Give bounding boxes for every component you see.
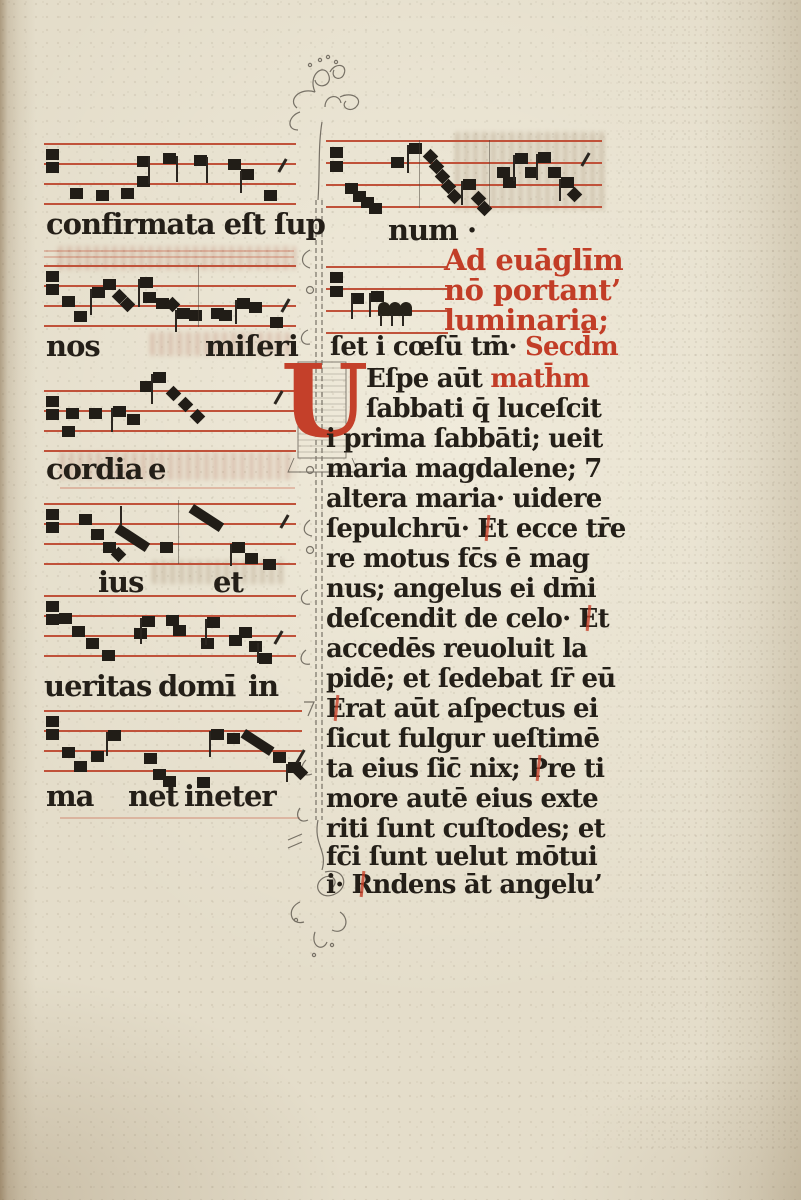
manuscript-page: confirmata eſt ſupnosmiſericordiaeiusetu…	[0, 0, 801, 1200]
neume-square	[46, 149, 59, 160]
rubric-line: nō portant’	[444, 276, 621, 305]
lyric-text: num ·	[388, 216, 476, 245]
staff-line	[44, 285, 296, 287]
gospel-text-line: pidē; et ſedebat ſr̄ eū	[326, 666, 615, 692]
lyric-text: net	[128, 782, 178, 811]
neume-square	[561, 177, 574, 188]
neume-square	[79, 514, 92, 525]
gospel-text-line: fc̄i ſunt uelut mōtui	[326, 844, 597, 870]
neume-square	[72, 626, 85, 637]
show-through-line	[44, 256, 294, 258]
neume-square	[113, 406, 126, 417]
neume-square	[232, 542, 245, 553]
division-line	[198, 265, 199, 327]
gospel-text-line: ſicut fulgur ueſtimē	[326, 726, 599, 752]
neume-square	[46, 614, 59, 625]
neume-square	[515, 153, 528, 164]
gospel-text-line: more autē eius exte	[326, 786, 598, 812]
neume-square	[46, 162, 59, 173]
staff-line	[326, 288, 448, 290]
neume-stem	[148, 156, 150, 184]
neume-square	[46, 729, 59, 740]
neume-square	[201, 638, 214, 649]
neume-square	[59, 613, 72, 624]
neume-square	[259, 653, 272, 664]
staff-line	[326, 140, 602, 142]
black-ink-text: re motus fc̄s ē mag	[326, 544, 589, 574]
neume-square	[153, 372, 166, 383]
gospel-text-line: i prima ſabbāti; ueit	[326, 426, 602, 452]
black-ink-text: t ecce tr̄e	[496, 514, 625, 544]
neume-square	[249, 641, 262, 652]
gospel-text-line: maria magdalene; 7	[326, 456, 602, 482]
staff-line	[44, 183, 296, 185]
black-ink-text: Eſpe aūt	[366, 364, 490, 394]
neume-stem	[407, 145, 409, 173]
neume-diamond	[166, 386, 182, 402]
black-ink-text: ſet i cœſū tm̄·	[330, 332, 525, 362]
division-line	[419, 140, 420, 208]
show-through-line	[60, 487, 295, 489]
neume-square	[46, 522, 59, 533]
neume-square	[227, 733, 240, 744]
neume-square	[127, 414, 140, 425]
black-ink-text: i·	[326, 870, 352, 900]
staff-line	[44, 410, 296, 412]
lyric-text: domī	[158, 672, 235, 701]
staff-line	[44, 325, 296, 327]
red-touched-capital: R	[352, 870, 373, 900]
gospel-text-line: nus; angelus ei dm̄i	[326, 576, 596, 602]
neume-square	[102, 650, 115, 661]
neume-square	[66, 408, 79, 419]
red-touched-capital: E	[326, 694, 345, 724]
neume-stem	[369, 293, 371, 317]
neume-square	[46, 409, 59, 420]
lyric-text: ineter	[184, 782, 276, 811]
neume-square	[143, 292, 156, 303]
neume-stem	[513, 155, 515, 181]
neume-square	[548, 167, 561, 178]
gospel-text-line: ſet i cœſū tm̄· Secd̄m	[330, 334, 618, 360]
neume-square	[207, 617, 220, 628]
neume-stem	[175, 310, 177, 332]
gospel-text-line: ſepulchrū· Et ecce tr̄e	[326, 516, 625, 542]
black-ink-text: fc̄i ſunt uelut mōtui	[326, 842, 597, 872]
neume-square	[228, 159, 241, 170]
red-ink-text: math̄m	[490, 364, 589, 394]
neume-stem	[106, 732, 108, 756]
gospel-text-line: i· Rndens āt angelu’	[326, 872, 602, 898]
neume-square	[330, 272, 343, 283]
gospel-text-line: riti ſunt cuſtodes; et	[326, 816, 605, 842]
neume-square	[211, 729, 224, 740]
neume-square	[219, 310, 232, 321]
neume-square	[391, 157, 404, 168]
staff-line	[44, 710, 302, 712]
lyric-text: nos	[46, 332, 100, 361]
neume-square	[249, 302, 262, 313]
neume-square	[163, 153, 176, 164]
lyric-text: confirmata eſt ſup	[46, 210, 325, 239]
black-ink-text: rat aūt aſpectus ei	[345, 694, 598, 724]
neume-oblique	[189, 504, 225, 532]
black-ink-text: ſabbati q̄ luceſcit	[366, 394, 601, 424]
red-touched-capital: E	[579, 604, 598, 634]
staff-line	[44, 265, 296, 267]
black-ink-text: deſcendit de celo·	[326, 604, 579, 634]
neume-square	[86, 638, 99, 649]
neume-stem	[402, 314, 404, 326]
staff-line	[44, 430, 296, 432]
neume-stem	[206, 157, 208, 183]
neume-stem	[286, 764, 288, 782]
black-ink-text: pidē; et ſedebat ſr̄ eū	[326, 664, 615, 694]
division-line	[178, 500, 179, 564]
neume-square	[241, 169, 254, 180]
neume-stem	[351, 295, 353, 319]
black-ink-text: ſepulchrū·	[326, 514, 477, 544]
neume-square	[108, 730, 121, 741]
neume-stem	[235, 300, 237, 324]
neume-stem	[176, 156, 178, 182]
neume-square	[239, 627, 252, 638]
red-ink-text: Secd̄m	[525, 332, 618, 362]
neume-square	[89, 408, 102, 419]
division-line	[489, 140, 490, 208]
neume-stem	[120, 506, 122, 526]
neume-square	[91, 751, 104, 762]
red-touched-capital: P	[528, 754, 547, 784]
gospel-text-line: Eſpe aūt math̄m	[366, 366, 589, 392]
neume-square	[160, 542, 173, 553]
gospel-text-line: ſabbati q̄ luceſcit	[366, 396, 601, 422]
neume-square	[46, 509, 59, 520]
neume-square	[121, 188, 134, 199]
neume-square	[369, 203, 382, 214]
neume-square	[263, 559, 276, 570]
neume-square	[46, 716, 59, 727]
neume-square	[144, 753, 157, 764]
neume-stem	[230, 544, 232, 566]
staff-line	[44, 143, 296, 145]
neume-stem	[140, 618, 142, 644]
neume-stem	[461, 181, 463, 205]
black-ink-text: i prima ſabbāti; ueit	[326, 424, 602, 454]
neume-square	[91, 529, 104, 540]
neume-square	[46, 601, 59, 612]
staff-line	[44, 595, 296, 597]
red-touched-capital: E	[477, 514, 496, 544]
neume-square	[46, 284, 59, 295]
neume-stem	[559, 179, 561, 201]
gospel-text-line: altera maria· uidere	[326, 486, 602, 512]
neume-square	[74, 761, 87, 772]
neume-square	[62, 296, 75, 307]
black-ink-text: maria magdalene; 7	[326, 454, 602, 484]
neume-square	[245, 553, 258, 564]
neume-square	[189, 310, 202, 321]
neume-square	[538, 152, 551, 163]
rubric-line: luminaria;	[444, 306, 608, 335]
rubric-line: Ad euāglīm	[444, 246, 623, 275]
neume-square	[264, 190, 277, 201]
neume-square	[62, 426, 75, 437]
neume-stem	[111, 408, 113, 432]
gospel-text-line: re motus fc̄s ē mag	[326, 546, 589, 572]
gospel-text-line: accedēs reuoluit la	[326, 636, 587, 662]
staff-line	[326, 266, 448, 268]
lyric-text: cordia	[46, 455, 142, 484]
neume-stem	[391, 314, 393, 326]
neume-stem	[240, 171, 242, 193]
neume-stem	[90, 289, 92, 315]
neume-stem	[257, 643, 259, 663]
neume-stem	[151, 374, 153, 404]
staff-line	[44, 730, 302, 732]
staff-line	[326, 162, 602, 164]
neume-square	[46, 271, 59, 282]
show-through-line	[60, 817, 300, 819]
neume-square	[409, 143, 422, 154]
neume-square	[62, 747, 75, 758]
neume-square	[273, 752, 286, 763]
gospel-text-line: deſcendit de celo· Et	[326, 606, 609, 632]
black-ink-text: riti ſunt cuſtodes; et	[326, 814, 605, 844]
staff-line	[44, 563, 296, 565]
lyric-text: et	[213, 568, 243, 597]
lyric-text: ueritas	[44, 672, 151, 701]
staff-line	[44, 203, 296, 205]
neume-square	[140, 277, 153, 288]
neume-square	[330, 147, 343, 158]
black-ink-text: ndens āt angelu’	[372, 870, 602, 900]
black-ink-text: ta eius ſic̄ nix;	[326, 754, 528, 784]
black-ink-text: altera maria· uidere	[326, 484, 602, 514]
neume-square	[463, 179, 476, 190]
black-ink-text: nus; angelus ei dm̄i	[326, 574, 596, 604]
black-ink-text: ſicut fulgur ueſtimē	[326, 724, 599, 754]
lyric-text: ma	[46, 782, 93, 811]
neume-square	[46, 396, 59, 407]
neume-stem	[380, 314, 382, 326]
neume-square	[330, 286, 343, 297]
neume-square	[142, 616, 155, 627]
gospel-text-line: ta eius ſic̄ nix; Pre ti	[326, 756, 604, 782]
neume-stem	[205, 619, 207, 645]
lyric-text: ius	[98, 568, 143, 597]
neume-stem	[536, 154, 538, 180]
neume-square	[70, 188, 83, 199]
show-through-line	[44, 250, 294, 252]
neume-stem	[209, 731, 211, 757]
neume-square	[74, 311, 87, 322]
neume-square	[270, 317, 283, 328]
black-ink-text: more autē eius exte	[326, 784, 598, 814]
lyric-text: e	[148, 455, 165, 484]
lyric-text: in	[248, 672, 278, 701]
neume-square	[96, 190, 109, 201]
neume-square	[371, 291, 384, 302]
black-ink-text: t	[598, 604, 609, 634]
staff-line	[44, 503, 296, 505]
gospel-text-line: Erat aūt aſpectus ei	[326, 696, 598, 722]
neume-stem	[138, 279, 140, 307]
neume-square	[330, 161, 343, 172]
black-ink-text: accedēs reuoluit la	[326, 634, 587, 664]
neume-square	[103, 279, 116, 290]
neume-square	[173, 625, 186, 636]
black-ink-text: re ti	[547, 754, 604, 784]
